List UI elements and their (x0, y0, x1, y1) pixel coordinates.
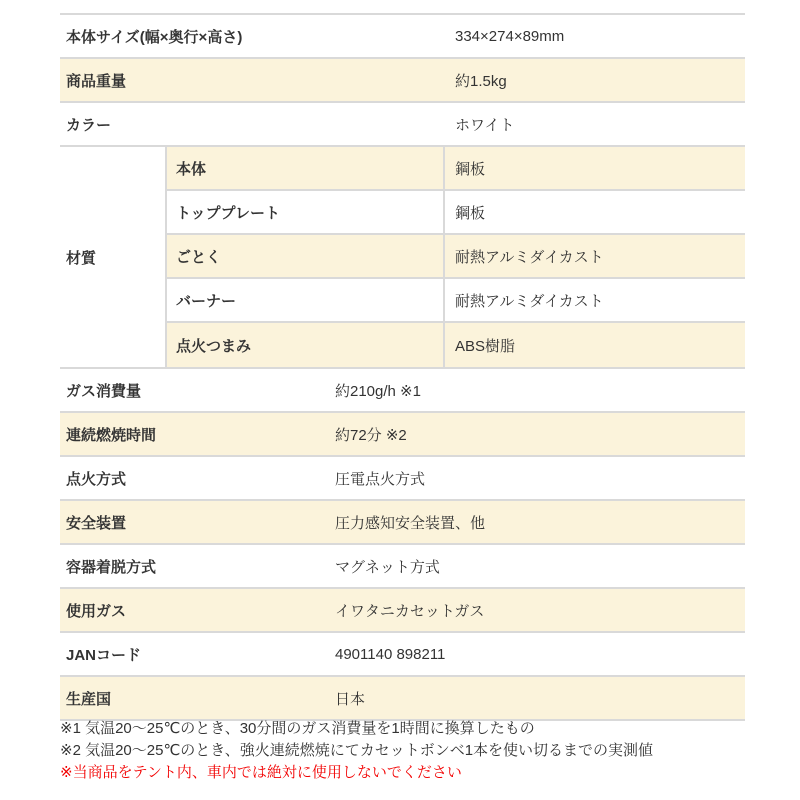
spec-row-material-body: 本体 鋼板 (167, 147, 745, 191)
footnotes: ※1 気温20〜25℃のとき、30分間のガス消費量を1時間に換算したもの ※2 … (60, 718, 760, 784)
spec-label: 連続燃焼時間 (60, 413, 335, 455)
spec-value: 日本 (335, 677, 745, 719)
spec-row-weight: 商品重量 約1.5kg (60, 59, 745, 103)
spec-label: ガス消費量 (60, 369, 335, 411)
footnote-1: ※1 気温20〜25℃のとき、30分間のガス消費量を1時間に換算したもの (60, 718, 760, 740)
spec-label: 点火方式 (60, 457, 335, 499)
spec-group-label: 材質 (60, 147, 167, 367)
spec-row-gas-consumption: ガス消費量 約210g/h ※1 (60, 369, 745, 413)
product-spec-table: 本体サイズ(幅×奥行×高さ) 334×274×89mm 商品重量 約1.5kg … (60, 13, 745, 721)
spec-row-burn-time: 連続燃焼時間 約72分 ※2 (60, 413, 745, 457)
spec-value: 耐熱アルミダイカスト (445, 235, 745, 277)
spec-value: ABS樹脂 (445, 323, 745, 367)
spec-sub-label: 点火つまみ (167, 323, 445, 367)
footnote-2: ※2 気温20〜25℃のとき、強火連続燃焼にてカセットボンベ1本を使い切るまでの… (60, 740, 760, 762)
spec-label: 安全装置 (60, 501, 335, 543)
spec-row-material-knob: 点火つまみ ABS樹脂 (167, 323, 745, 367)
spec-value: 圧電点火方式 (335, 457, 745, 499)
spec-value: 334×274×89mm (455, 15, 745, 57)
spec-row-material-trivet: ごとく 耐熱アルミダイカスト (167, 235, 745, 279)
spec-sub-label: ごとく (167, 235, 445, 277)
spec-label: カラー (60, 103, 455, 145)
spec-value: 4901140 898211 (335, 633, 745, 675)
spec-value: ホワイト (455, 103, 745, 145)
spec-row-cartridge-attach: 容器着脱方式 マグネット方式 (60, 545, 745, 589)
spec-label: 本体サイズ(幅×奥行×高さ) (60, 15, 455, 57)
spec-value: イワタニカセットガス (335, 589, 745, 631)
spec-value: 鋼板 (445, 191, 745, 233)
spec-sub-label: 本体 (167, 147, 445, 189)
spec-value: 約1.5kg (455, 59, 745, 101)
spec-row-safety: 安全装置 圧力感知安全装置、他 (60, 501, 745, 545)
spec-value: 鋼板 (445, 147, 745, 189)
spec-label: 容器着脱方式 (60, 545, 335, 587)
spec-sub-label: トッププレート (167, 191, 445, 233)
spec-value: 圧力感知安全装置、他 (335, 501, 745, 543)
spec-row-body-size: 本体サイズ(幅×奥行×高さ) 334×274×89mm (60, 15, 745, 59)
spec-row-gas-type: 使用ガス イワタニカセットガス (60, 589, 745, 633)
footnote-warning: ※当商品をテント内、車内では絶対に使用しないでください (60, 762, 760, 784)
spec-value: 耐熱アルミダイカスト (445, 279, 745, 321)
spec-value: マグネット方式 (335, 545, 745, 587)
spec-row-jan-code: JANコード 4901140 898211 (60, 633, 745, 677)
spec-value: 約72分 ※2 (335, 413, 745, 455)
spec-group-material: 材質 本体 鋼板 トッププレート 鋼板 ごとく 耐熱アルミダイカスト バーナー … (60, 147, 745, 369)
spec-row-ignition: 点火方式 圧電点火方式 (60, 457, 745, 501)
spec-row-material-topplate: トッププレート 鋼板 (167, 191, 745, 235)
spec-row-material-burner: バーナー 耐熱アルミダイカスト (167, 279, 745, 323)
spec-value: 約210g/h ※1 (335, 369, 745, 411)
spec-sub-label: バーナー (167, 279, 445, 321)
spec-row-country: 生産国 日本 (60, 677, 745, 721)
spec-label: 商品重量 (60, 59, 455, 101)
spec-label: JANコード (60, 633, 335, 675)
spec-group-rows: 本体 鋼板 トッププレート 鋼板 ごとく 耐熱アルミダイカスト バーナー 耐熱ア… (167, 147, 745, 367)
spec-label: 生産国 (60, 677, 335, 719)
spec-label: 使用ガス (60, 589, 335, 631)
spec-row-color: カラー ホワイト (60, 103, 745, 147)
